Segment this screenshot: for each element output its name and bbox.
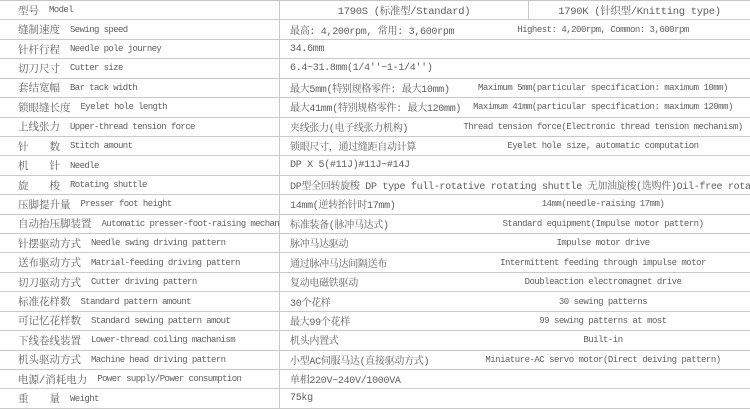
row-value-cell: 30个花样30 sewing patterns [280, 292, 750, 310]
row-value-cell: 34.6mm [280, 40, 750, 58]
table-row: 旋 梭Rotating shuttleDP型全回转旋梭 DP type full… [0, 176, 750, 195]
header-column-1790k: 1790K (针织型/Knitting type) [528, 1, 750, 19]
row-label-cn: 下线卷线装置 [18, 333, 81, 348]
row-label-cell: 缝制速度Sewing speed [0, 20, 280, 38]
row-value-en: Highest: 4,200rpm, Common: 3,600rpm [460, 25, 746, 35]
row-value-cell: 小型AC伺服马达(直接驱动方式)Miniature-AC servo motor… [280, 351, 750, 369]
row-label-cn: 机 针 [18, 158, 60, 173]
row-value-en: Intermittent feeding through impulse mot… [460, 258, 746, 268]
row-label-cn: 旋 梭 [18, 178, 60, 193]
header-model-label-cn: 型号 [18, 3, 39, 18]
row-label-cell: 可记忆花样数Standard sewing pattern amout [0, 312, 280, 330]
row-value-cn: 单相220V~240V/1000VA [290, 371, 401, 387]
row-value-cell: DP型全回转旋梭 DP type full-rotative rotating … [280, 176, 750, 194]
table-row: 缝制速度Sewing speed最高: 4,200rpm, 常用: 3,600r… [0, 20, 750, 39]
table-row: 套结宽幅Bar tack width最大5mm(特别规格零件: 最大10mm)M… [0, 79, 750, 98]
row-value-cell: 最大99个花样99 sewing patterns at most [280, 312, 750, 330]
row-value-cn: 最大5mm(特别规格零件: 最大10mm) [290, 80, 450, 96]
row-value-cell: 脉冲马达驱动Impulse motor drive [280, 234, 750, 252]
row-label-cn: 针杆行程 [18, 42, 60, 57]
row-value-cell: 标准装备(脉冲马达式)Standard equipment(Impulse mo… [280, 215, 750, 233]
table-row: 切刀尺寸Cutter size6.4~31.8mm(1/4''~1-1/4'') [0, 59, 750, 78]
row-label-cn: 重 量 [18, 391, 60, 406]
header-column-1790s: 1790S (标准型/Standard) [280, 1, 528, 19]
row-label-en: Sewing speed [70, 25, 128, 35]
row-value-cn: 30个花样 [290, 294, 331, 310]
row-value-en: 99 sewing patterns at most [460, 316, 746, 326]
row-label-cn: 缝制速度 [18, 22, 60, 37]
row-label-cell: 切刀尺寸Cutter size [0, 59, 280, 77]
table-row: 压脚提升量Presser foot height14mm(逆转抬针时17mm)1… [0, 195, 750, 214]
row-label-cell: 机 针Needle [0, 156, 280, 174]
row-label-cell: 自动抬压脚装置Automatic presser-foot-raising me… [0, 215, 280, 233]
row-label-cn: 自动抬压脚装置 [18, 216, 92, 231]
row-label-cn: 针 数 [18, 139, 60, 154]
row-label-en: Stitch amount [70, 141, 132, 151]
row-label-en: Needle swing driving pattern [91, 238, 225, 248]
table-row: 锁眼缝长度Eyelet hole length最大41mm(特别规格零件: 最大… [0, 98, 750, 117]
row-value-cell: 通过脉冲马达间隔送布Intermittent feeding through i… [280, 253, 750, 271]
row-value-cell: DP X 5(#11J)#11J~#14J [280, 156, 750, 174]
row-value-en: Built-in [460, 335, 746, 345]
row-value-en: Doubleaction electromagnet drive [460, 277, 746, 287]
row-label-en: Lower-thread coiling machanism [91, 335, 235, 345]
row-label-cell: 机头驱动方式Machine head driving pattern [0, 351, 280, 369]
row-value-cell: 最大5mm(特别规格零件: 最大10mm)Maximum 5mm(particu… [280, 79, 750, 97]
table-row: 切刀驱动方式Cutter driving pattern复动电磁铁驱动Doubl… [0, 273, 750, 292]
row-label-cell: 标准花样数Standard pattern amount [0, 292, 280, 310]
row-label-cn: 针摆驱动方式 [18, 236, 81, 251]
row-label-en: Automatic presser-foot-raising mechanism [102, 219, 281, 229]
row-label-cell: 套结宽幅Bar tack width [0, 79, 280, 97]
row-value-cell: 75kg [280, 389, 750, 407]
row-label-cn: 套结宽幅 [18, 80, 60, 95]
row-label-en: Machine head driving pattern [91, 355, 225, 365]
row-value-en: Standard equipment(Impulse motor pattern… [460, 219, 746, 229]
row-value-cell: 最高: 4,200rpm, 常用: 3,600rpmHighest: 4,200… [280, 20, 750, 38]
table-row: 针 数Stitch amount锁眼尺寸，通过缝距自动计算Eyelet hole… [0, 137, 750, 156]
row-value-cn: 6.4~31.8mm(1/4''~1-1/4'') [290, 63, 433, 74]
row-value-cn: 14mm(逆转抬针时17mm) [290, 196, 396, 212]
row-label-en: Weight [70, 394, 99, 404]
table-row: 电源/消耗电力Power supply/Power consumption单相2… [0, 370, 750, 389]
row-value-en: Eyelet hole size, automatic computation [460, 141, 746, 151]
row-label-cell: 针 数Stitch amount [0, 137, 280, 155]
row-value-cn: DP型全回转旋梭 DP type full-rotative rotating … [290, 177, 750, 193]
row-label-en: Standard sewing pattern amout [91, 316, 230, 326]
row-value-cn: 机头内置式 [290, 332, 339, 348]
row-label-en: Eyelet hole length [81, 102, 167, 112]
header-model-label-en: Model [49, 5, 73, 15]
table-row: 上线张力Upper-thread tension force夹线张力(电子线张力… [0, 118, 750, 137]
row-label-en: Presser foot height [81, 199, 172, 209]
row-value-cn: 最大99个花样 [290, 313, 350, 329]
row-value-cn: 脉冲马达驱动 [290, 235, 348, 251]
row-label-cell: 针摆驱动方式Needle swing driving pattern [0, 234, 280, 252]
table-header-row: 型号 Model 1790S (标准型/Standard) 1790K (针织型… [0, 1, 750, 20]
row-label-en: Rotating shuttle [70, 180, 147, 190]
row-value-cell: 14mm(逆转抬针时17mm)14mm(needle-raising 17mm) [280, 195, 750, 213]
row-label-cn: 标准花样数 [18, 294, 71, 309]
row-value-cell: 机头内置式Built-in [280, 331, 750, 349]
row-value-cell: 6.4~31.8mm(1/4''~1-1/4'') [280, 59, 750, 77]
row-label-cell: 针杆行程Needle pole journey [0, 40, 280, 58]
row-label-cn: 可记忆花样数 [18, 313, 81, 328]
table-row: 送布驱动方式Matrial-feeding driving pattern通过脉… [0, 253, 750, 272]
row-value-cn: DP X 5(#11J)#11J~#14J [290, 160, 410, 171]
row-value-en: Impulse motor drive [460, 238, 746, 248]
row-value-cell: 最大41mm(特别规格零件: 最大120mm)Maximum 41mm(part… [280, 98, 750, 116]
row-label-cn: 机头驱动方式 [18, 352, 81, 367]
row-value-cn: 通过脉冲马达间隔送布 [290, 255, 387, 271]
table-row: 针杆行程Needle pole journey34.6mm [0, 40, 750, 59]
row-value-cn: 标准装备(脉冲马达式) [290, 216, 389, 232]
row-label-cell: 压脚提升量Presser foot height [0, 195, 280, 213]
row-value-cn: 复动电磁铁驱动 [290, 274, 358, 290]
row-label-cell: 重 量Weight [0, 389, 280, 407]
row-value-cell: 单相220V~240V/1000VA [280, 370, 750, 388]
row-value-en: 14mm(needle-raising 17mm) [460, 199, 746, 209]
header-model-cell: 型号 Model [0, 1, 280, 19]
row-label-en: Needle pole journey [70, 44, 161, 54]
row-value-en: Miniature-AC servo motor(Direct deiving … [460, 355, 746, 365]
specification-table: 型号 Model 1790S (标准型/Standard) 1790K (针织型… [0, 0, 750, 409]
table-row: 机 针NeedleDP X 5(#11J)#11J~#14J [0, 156, 750, 175]
row-label-cell: 上线张力Upper-thread tension force [0, 118, 280, 136]
row-value-cn: 锁眼尺寸，通过缝距自动计算 [290, 138, 416, 154]
table-row: 针摆驱动方式Needle swing driving pattern脉冲马达驱动… [0, 234, 750, 253]
row-value-cn: 75kg [290, 393, 313, 404]
row-label-cn: 送布驱动方式 [18, 255, 81, 270]
row-label-cell: 电源/消耗电力Power supply/Power consumption [0, 370, 280, 388]
row-label-cn: 电源/消耗电力 [18, 372, 87, 387]
row-label-en: Matrial-feeding driving pattern [91, 258, 240, 268]
row-label-cn: 切刀驱动方式 [18, 275, 81, 290]
table-row: 机头驱动方式Machine head driving pattern小型AC伺服… [0, 351, 750, 370]
row-label-cn: 压脚提升量 [18, 197, 71, 212]
row-value-cn: 夹线张力(电子线张力机构) [290, 119, 408, 135]
table-row: 标准花样数Standard pattern amount30个花样30 sewi… [0, 292, 750, 311]
row-label-en: Cutter size [70, 63, 123, 73]
row-label-en: Upper-thread tension force [70, 122, 195, 132]
row-value-cell: 夹线张力(电子线张力机构)Thread tension force(Electr… [280, 118, 750, 136]
row-label-en: Bar tack width [70, 83, 137, 93]
row-value-en: Maximum 41mm(particular specification: m… [460, 102, 746, 112]
row-label-cell: 切刀驱动方式Cutter driving pattern [0, 273, 280, 291]
table-row: 下线卷线装置Lower-thread coiling machanism机头内置… [0, 331, 750, 350]
row-value-cn: 最高: 4,200rpm, 常用: 3,600rpm [290, 22, 454, 38]
row-value-cell: 锁眼尺寸，通过缝距自动计算Eyelet hole size, automatic… [280, 137, 750, 155]
row-label-en: Cutter driving pattern [91, 277, 197, 287]
row-label-cell: 下线卷线装置Lower-thread coiling machanism [0, 331, 280, 349]
row-value-cn: 最大41mm(特别规格零件: 最大120mm) [290, 99, 461, 115]
row-value-cell: 复动电磁铁驱动Doubleaction electromagnet drive [280, 273, 750, 291]
row-value-en: Maximum 5mm(particular specification: ma… [460, 83, 746, 93]
row-label-en: Needle [70, 161, 99, 171]
row-value-cn: 小型AC伺服马达(直接驱动方式) [290, 352, 429, 368]
row-label-en: Power supply/Power consumption [97, 374, 241, 384]
header-model-columns: 1790S (标准型/Standard) 1790K (针织型/Knitting… [280, 1, 750, 19]
spec-rows: 缝制速度Sewing speed最高: 4,200rpm, 常用: 3,600r… [0, 20, 750, 408]
row-label-cell: 锁眼缝长度Eyelet hole length [0, 98, 280, 116]
table-row: 可记忆花样数Standard sewing pattern amout最大99个… [0, 312, 750, 331]
table-row: 自动抬压脚装置Automatic presser-foot-raising me… [0, 215, 750, 234]
row-value-en: Thread tension force(Electronic thread t… [460, 122, 746, 132]
row-value-cn: 34.6mm [290, 44, 324, 55]
row-label-cell: 旋 梭Rotating shuttle [0, 176, 280, 194]
row-label-cn: 上线张力 [18, 119, 60, 134]
row-label-cn: 锁眼缝长度 [18, 100, 71, 115]
row-value-en: 30 sewing patterns [460, 297, 746, 307]
row-label-cn: 切刀尺寸 [18, 61, 60, 76]
row-label-cell: 送布驱动方式Matrial-feeding driving pattern [0, 253, 280, 271]
table-row: 重 量Weight75kg [0, 389, 750, 408]
row-label-en: Standard pattern amount [81, 297, 191, 307]
